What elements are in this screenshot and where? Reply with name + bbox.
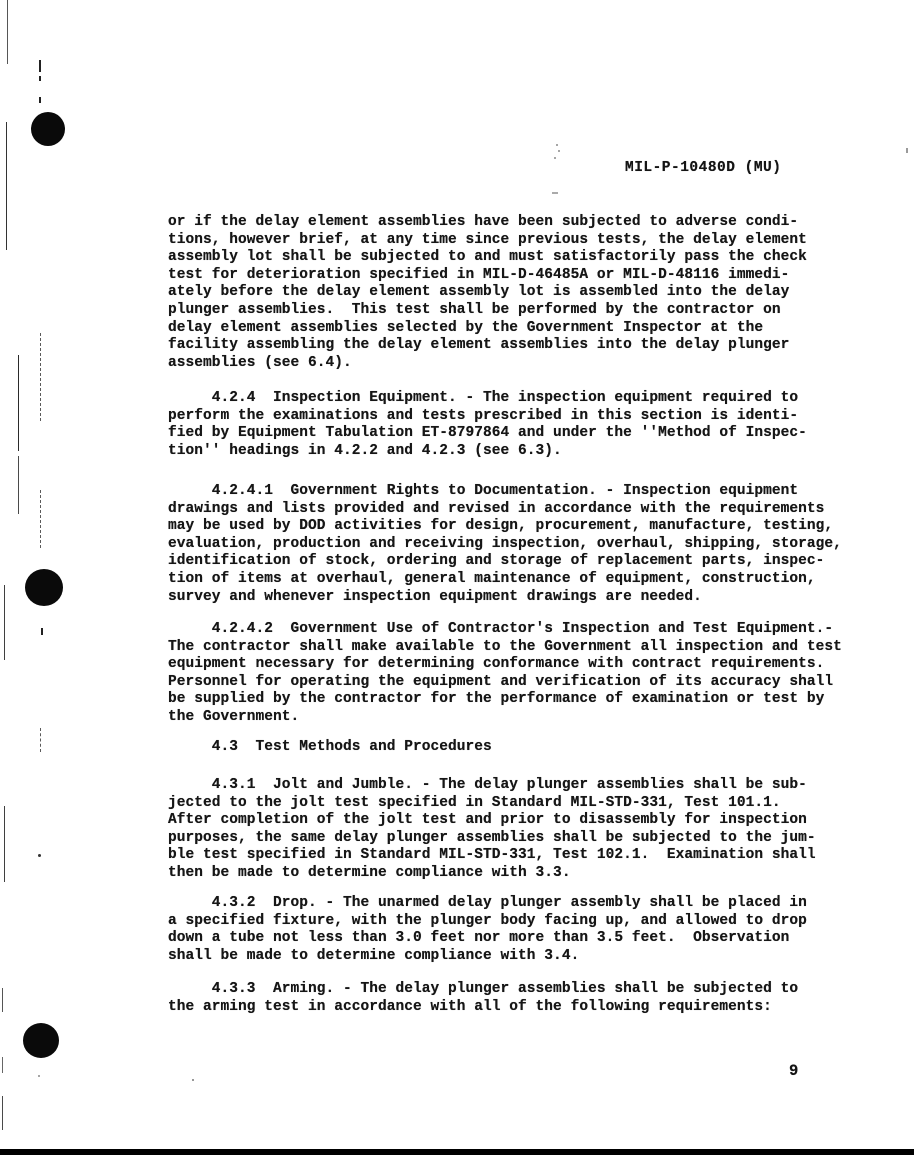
scan-edge-bar	[0, 1149, 914, 1155]
scan-streak-dashed	[40, 490, 41, 548]
page-number: 9	[789, 1062, 798, 1080]
paragraph-4-3-1: 4.3.1 Jolt and Jumble. - The delay plung…	[168, 777, 816, 883]
scanned-document-page: MIL-P-10480D (MU) or if the delay elemen…	[0, 0, 914, 1155]
scan-speck	[558, 150, 560, 152]
section-heading-4-3: 4.3 Test Methods and Procedures	[168, 739, 492, 757]
hole-punch	[25, 569, 63, 606]
hole-punch	[31, 112, 65, 146]
scan-speck	[192, 1079, 194, 1081]
scan-speck	[906, 148, 908, 153]
paragraph-4-3-3: 4.3.3 Arming. - The delay plunger assemb…	[168, 981, 798, 1016]
scan-tick-dashed	[40, 728, 41, 752]
scan-streak-line	[6, 122, 7, 250]
scan-streak-line	[4, 585, 5, 660]
paragraph-continuation: or if the delay element assemblies have …	[168, 214, 807, 372]
paragraph-4-2-4-1: 4.2.4.1 Government Rights to Documentati…	[168, 483, 842, 606]
scan-streak-line	[18, 355, 19, 451]
paragraph-4-2-4-2: 4.2.4.2 Government Use of Contractor's I…	[168, 621, 842, 727]
paragraph-4-3-2: 4.3.2 Drop. - The unarmed delay plunger …	[168, 895, 807, 965]
scan-streak-line	[7, 0, 8, 64]
scan-tick	[39, 76, 41, 81]
document-number-header: MIL-P-10480D (MU)	[625, 160, 781, 176]
scan-tick	[39, 97, 41, 103]
scan-streak-line	[2, 988, 3, 1012]
scan-speck	[38, 854, 41, 857]
scan-streak-line	[18, 456, 19, 514]
scan-tick	[41, 628, 43, 635]
scan-streak-line	[2, 1057, 3, 1073]
scan-speck	[552, 192, 558, 194]
scan-speck	[554, 157, 556, 159]
scan-speck	[556, 144, 558, 146]
scan-streak-dashed	[40, 333, 41, 421]
hole-punch	[23, 1023, 59, 1058]
scan-streak-line	[4, 806, 5, 882]
scan-speck	[38, 1075, 40, 1077]
scan-tick	[39, 60, 41, 72]
scan-streak-line	[2, 1096, 3, 1130]
paragraph-4-2-4: 4.2.4 Inspection Equipment. - The inspec…	[168, 390, 807, 460]
